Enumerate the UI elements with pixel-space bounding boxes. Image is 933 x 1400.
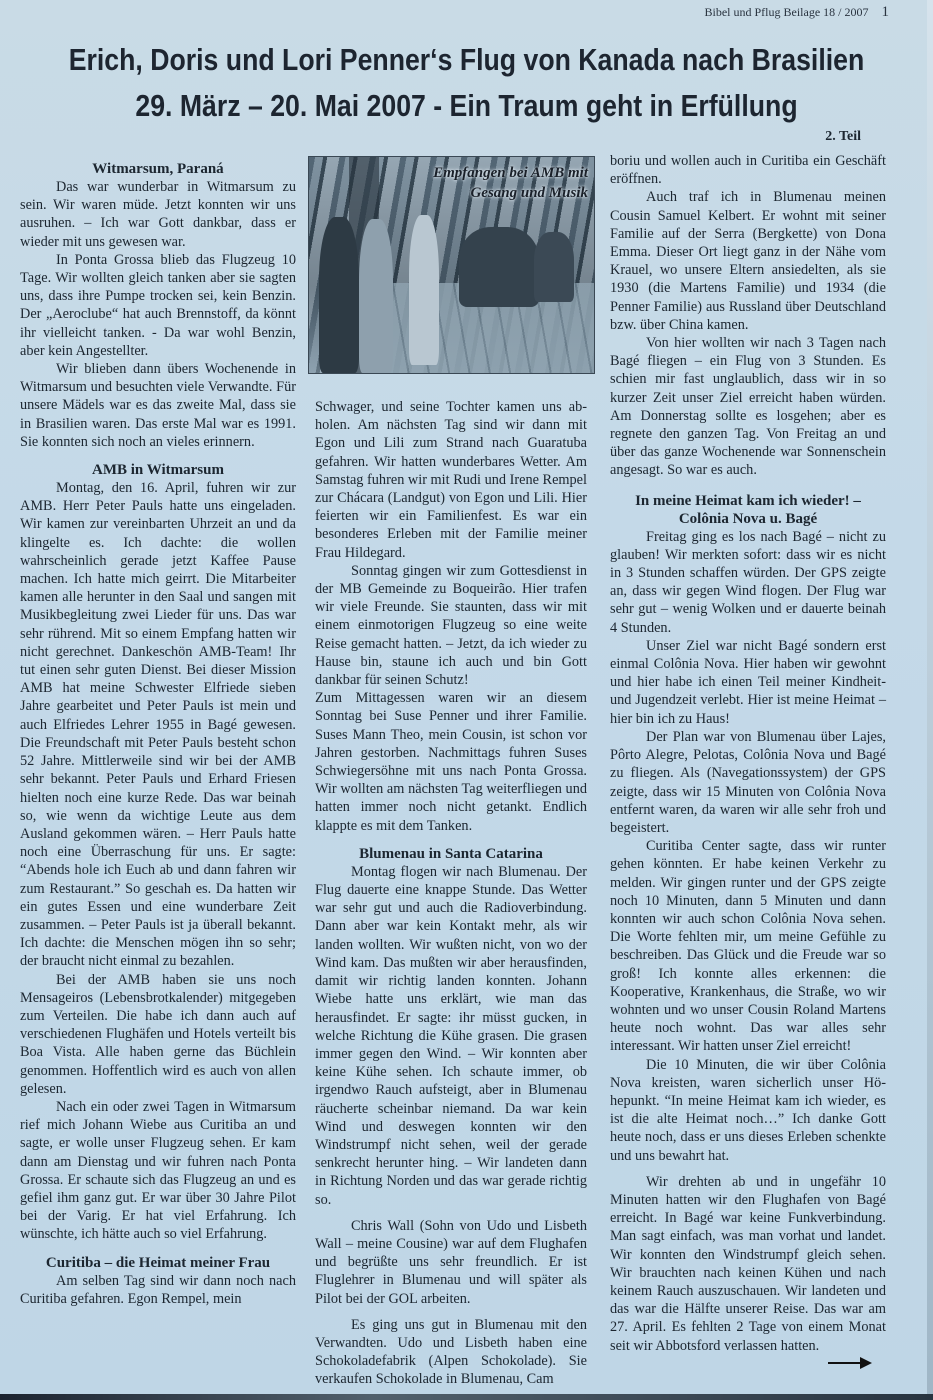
paragraph: Freitag ging es los nach Bagé – nicht zu… xyxy=(610,528,886,637)
photo-person-icon xyxy=(359,219,393,373)
photo-caption: Empfangen bei AMB mit Gesang und Musik xyxy=(433,163,588,203)
paragraph: Das war wunderbar in Witmarsum zu sein. … xyxy=(20,178,296,251)
column-2: Schwager, und seine Tochter kamen uns ab… xyxy=(315,398,587,1389)
photo-person-icon xyxy=(319,217,359,373)
column-1: Witmarsum, Paraná Das war wunderbar in W… xyxy=(20,160,296,1308)
article-subtitle: 29. März – 20. Mai 2007 - Ein Traum geht… xyxy=(65,88,867,124)
arrow-right-icon xyxy=(828,1356,872,1370)
paragraph: Am selben Tag sind wir dann noch nach Cu… xyxy=(20,1272,296,1308)
caption-line: Empfangen bei AMB mit xyxy=(433,163,588,183)
running-header: Bibel und Pflug Beilage 18 / 2007 1 xyxy=(705,4,890,21)
page-edge xyxy=(927,0,933,1400)
publication-label: Bibel und Pflug Beilage 18 / 2007 xyxy=(705,5,869,19)
part-label: 2. Teil xyxy=(825,129,861,145)
paragraph: Montag flogen wir nach Blumenau. Der Flu… xyxy=(315,863,587,1209)
paragraph: Auch traf ich in Blumenau meinen Cousin … xyxy=(610,188,886,334)
paragraph: Sonntag gingen wir zum Gottesdienst in d… xyxy=(315,562,587,689)
paragraph: Die 10 Minuten, die wir über Colônia Nov… xyxy=(610,1056,886,1165)
paragraph: boriu und wollen auch in Curitiba ein Ge… xyxy=(610,152,886,188)
column-3: boriu und wollen auch in Curitiba ein Ge… xyxy=(610,152,886,1355)
photo-group-icon xyxy=(459,227,539,307)
caption-line: Gesang und Musik xyxy=(433,183,588,203)
paragraph: Chris Wall (Sohn von Udo und Lis­beth Wa… xyxy=(315,1217,587,1308)
page-bottom-edge xyxy=(0,1394,933,1400)
paragraph: Es ging uns gut in Blumenau mit den Verw… xyxy=(315,1316,587,1389)
paragraph: Wir drehten ab und in ungefähr 10 Minute… xyxy=(610,1173,886,1355)
page-number: 1 xyxy=(882,4,890,20)
paragraph: In Ponta Grossa blieb das Flugzeug 10 Ta… xyxy=(20,251,296,360)
paragraph: Montag, den 16. April, fuhren wir zur AM… xyxy=(20,479,296,970)
section-heading: In meine Heimat kam ich wieder! – Colôni… xyxy=(610,492,886,528)
section-heading: Curitiba – die Heimat meiner Frau xyxy=(20,1254,296,1272)
section-heading: AMB in Witmarsum xyxy=(20,461,296,479)
photo-person-icon xyxy=(409,215,439,365)
photo-person-icon xyxy=(534,232,574,302)
paragraph: Wir blieben dann übers Wochenende in Wit… xyxy=(20,360,296,451)
paragraph: Bei der AMB haben sie uns noch Mensageir… xyxy=(20,971,296,1098)
paragraph: Von hier wollten wir nach 3 Tagen nach B… xyxy=(610,334,886,480)
article-title: Erich, Doris und Lori Penner‘s Flug von … xyxy=(65,42,867,78)
paragraph: Unser Ziel war nicht Bagé sondern erst e… xyxy=(610,637,886,728)
paragraph: Der Plan war von Blumenau über Lajes, Pô… xyxy=(610,728,886,837)
photo-reception-amb: Empfangen bei AMB mit Gesang und Musik xyxy=(308,156,595,374)
paragraph: Zum Mittagessen waren wir an diesem Sonn… xyxy=(315,689,587,835)
paragraph: Curitiba Center sagte, dass wir runter g… xyxy=(610,837,886,1055)
paragraph: Schwager, und seine Tochter kamen uns ab… xyxy=(315,398,587,562)
section-heading: Witmarsum, Paraná xyxy=(20,160,296,178)
paragraph: Nach ein oder zwei Tagen in Witmar­sum r… xyxy=(20,1098,296,1244)
section-heading: Blumenau in Santa Catarina xyxy=(315,845,587,863)
